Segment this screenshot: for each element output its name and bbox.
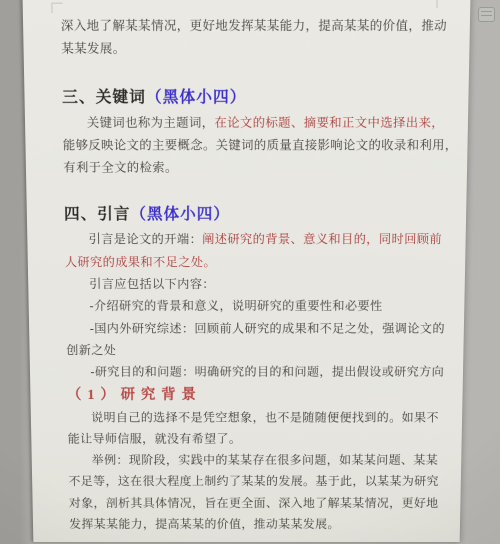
text-segment: 三、关键词 (62, 88, 146, 105)
comment-icon-line (481, 15, 492, 16)
text-segment: 关键词也称为主题词， (87, 115, 215, 129)
body-line: 深入地了解某某情况，更好地发挥某某能力，提高某某的价值，推动 (61, 14, 442, 37)
text-segment: （1）研究背景 (67, 387, 202, 403)
body-line: 某某发展。 (61, 37, 441, 60)
document-body: 深入地了解某某情况，更好地发挥某某能力，提高某某的价值，推动某某发展。三、关键词… (22, 0, 470, 535)
body-line: -国内外研究综述：回顾前人研究的成果和不足之处，强调论文的 (66, 317, 436, 339)
comment-icon[interactable] (478, 7, 495, 22)
blank-line (63, 179, 438, 201)
text-segment: 有利于全文的检索。 (63, 161, 178, 175)
body-line: 不足等，这在很大程度上制约了某某的发展。基于此，以某某为研究 (68, 471, 433, 492)
text-segment: 发挥某某能力，提高某某的价值，推动某某发展。 (69, 517, 340, 530)
text-segment: -研究目的和问题：明确研究的目的和问题，提出假设或研究方向 (90, 365, 444, 379)
text-segment: 引言是论文的开端： (88, 233, 202, 247)
text-segment: 引言应包括以下内容： (89, 277, 215, 291)
body-line: 有利于全文的检索。 (63, 156, 439, 179)
body-line: -介绍研究的背景和意义，说明研究的重要性和必要性 (65, 295, 436, 317)
body-line: 能够反映论文的主要概念。关键词的质量直接影响论文的收录和利用， (63, 134, 440, 157)
body-line: 引言应包括以下内容： (65, 273, 437, 295)
text-segment: 对象，剖析其具体情况，旨在更全面、深入地了解某某情况，更好地 (69, 496, 439, 509)
body-line: 人研究的成果和不足之处。 (65, 251, 438, 273)
comment-icon-line (481, 11, 492, 12)
text-segment: 某某发展。 (61, 41, 125, 56)
body-line: -研究目的和问题：明确研究的目的和问题，提出假设或研究方向 (66, 361, 435, 383)
body-line: 发挥某某能力，提高某某的价值，推动某某发展。 (69, 514, 433, 535)
section-heading-introduction: 四、引言（黑体小四） (64, 201, 438, 228)
section-heading-keywords: 三、关键词（黑体小四） (62, 83, 440, 111)
text-segment: （黑体小四） (130, 206, 230, 223)
text-segment: 在论文的标题、摘要和正文中选择出来， (214, 115, 444, 129)
text-segment: 创新之处 (66, 343, 116, 357)
text-segment: 能够反映论文的主要概念。关键词的质量直接影响论文的收录和利用， (63, 138, 458, 152)
text-segment: 四、引言 (64, 206, 131, 223)
body-line: 说明自己的选择不是凭空想象，也不是随随便便找到的。如果不 (67, 406, 434, 428)
text-segment: 说明自己的选择不是凭空想象，也不是随随便便找到的。如果不 (91, 410, 439, 424)
body-line: 引言是论文的开端：阐述研究的背景、意义和目的，同时回顾前 (64, 228, 437, 250)
text-boundary-mark (426, 0, 437, 8)
text-segment: -国内外研究综述：回顾前人研究的成果和不足之处，强调论文的 (90, 321, 445, 335)
text-segment: -介绍研究的背景和意义，说明研究的重要性和必要性 (89, 299, 382, 313)
body-line: 举例：现阶段，实践中的某某存在很多问题，如某某问题、某某 (68, 449, 434, 470)
text-segment: 能让导师信服，就没有希望了。 (68, 432, 242, 446)
body-line: 对象，剖析其具体情况，旨在更全面、深入地了解某某情况，更好地 (69, 492, 434, 513)
body-line: 能让导师信服，就没有希望了。 (68, 428, 435, 450)
document-photo: 深入地了解某某情况，更好地发挥某某能力，提高某某的价值，推动某某发展。三、关键词… (0, 0, 500, 544)
text-segment: （黑体小四） (146, 88, 247, 105)
body-line: 关键词也称为主题词，在论文的标题、摘要和正文中选择出来， (62, 111, 439, 134)
body-line: 创新之处 (66, 339, 436, 361)
document-page[interactable]: 深入地了解某某情况，更好地发挥某某能力，提高某某的价值，推动某某发展。三、关键词… (22, 0, 470, 542)
blank-line (62, 60, 441, 83)
text-segment: 人研究的成果和不足之处。 (65, 255, 216, 269)
text-segment: 阐述研究的背景、意义和目的，同时回顾前 (202, 233, 442, 247)
sub-heading-research-background: （1）研究背景 (67, 383, 435, 406)
text-segment: 不足等，这在很大程度上制约了某某的发展。基于此，以某某为研究 (68, 475, 439, 488)
text-boundary-mark (51, 3, 62, 13)
text-segment: 举例：现阶段，实践中的某某存在很多问题，如某某问题、某某 (92, 453, 439, 466)
text-segment: 深入地了解某某情况，更好地发挥某某能力，提高某某的价值，推动 (61, 18, 447, 33)
